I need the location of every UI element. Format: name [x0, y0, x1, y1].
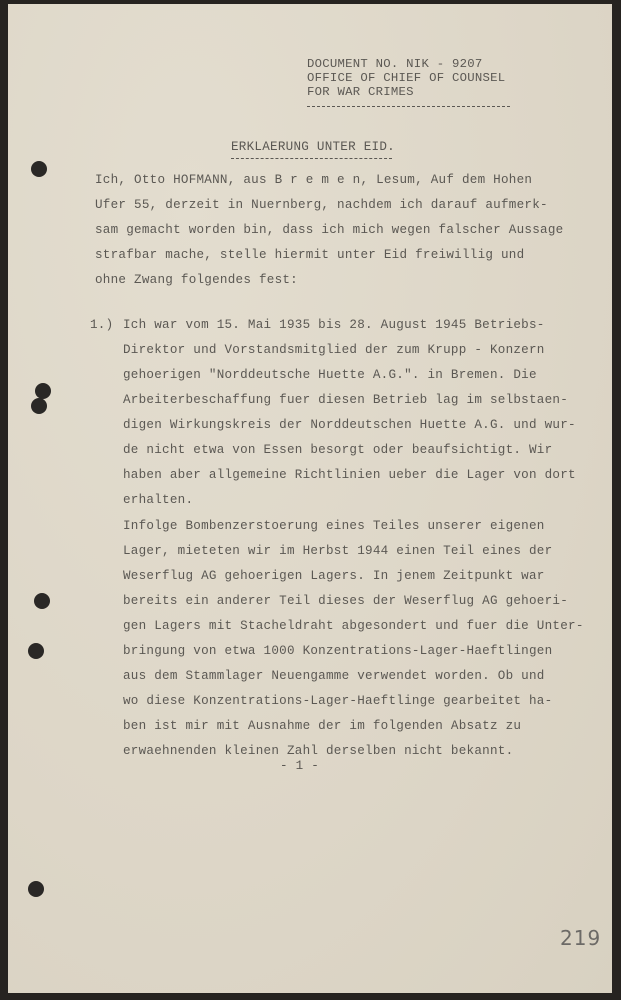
item-line: Arbeiterbeschaffung fuer diesen Betrieb … — [123, 388, 576, 413]
item-line: Infolge Bombenzerstoerung eines Teiles u… — [123, 514, 584, 539]
item-line: gehoerigen "Norddeutsche Huette A.G.". i… — [123, 363, 576, 388]
punch-hole — [31, 161, 47, 177]
header-divider — [307, 106, 510, 107]
item-line: Lager, mieteten wir im Herbst 1944 einen… — [123, 539, 584, 564]
intro-line: Ich, Otto HOFMANN, aus B r e m e n, Lesu… — [95, 168, 563, 193]
item-line: aus dem Stammlager Neuengamme verwendet … — [123, 664, 584, 689]
item-line: Ich war vom 15. Mai 1935 bis 28. August … — [123, 313, 576, 338]
item-line: de nicht etwa von Essen besorgt oder bea… — [123, 438, 576, 463]
item-number: 1.) — [90, 313, 113, 338]
item-line: haben aber allgemeine Richtlinien ueber … — [123, 463, 576, 488]
document-title: ERKLAERUNG UNTER EID. — [231, 135, 395, 160]
page-number: - 1 - — [280, 759, 319, 773]
intro-line: sam gemacht worden bin, dass ich mich we… — [95, 218, 563, 243]
title-underline — [231, 158, 392, 159]
intro-line: strafbar mache, stelle hiermit unter Eid… — [95, 243, 563, 268]
item-line: gen Lagers mit Stacheldraht abgesondert … — [123, 614, 584, 639]
intro-line: Ufer 55, derzeit in Nuernberg, nachdem i… — [95, 193, 563, 218]
item-line: digen Wirkungskreis der Norddeutschen Hu… — [123, 413, 576, 438]
item-line: bereits ein anderer Teil dieses der Wese… — [123, 589, 584, 614]
item-line: erwaehnenden kleinen Zahl derselben nich… — [123, 739, 584, 764]
punch-hole — [31, 398, 47, 414]
punch-hole — [35, 383, 51, 399]
punch-hole — [28, 881, 44, 897]
item-line: bringung von etwa 1000 Konzentrations-La… — [123, 639, 584, 664]
header-line-office: OFFICE OF CHIEF OF COUNSEL — [307, 71, 505, 85]
item-1-paragraph-2: Infolge Bombenzerstoerung eines Teiles u… — [123, 514, 584, 764]
document-header: DOCUMENT NO. NIK - 9207OFFICE OF CHIEF O… — [307, 57, 505, 99]
item-line: Direktor und Vorstandsmitglied der zum K… — [123, 338, 576, 363]
item-1-paragraph: Ich war vom 15. Mai 1935 bis 28. August … — [123, 313, 576, 513]
item-line: Weserflug AG gehoerigen Lagers. In jenem… — [123, 564, 584, 589]
punch-hole — [28, 643, 44, 659]
header-line-war-crimes: FOR WAR CRIMES — [307, 85, 505, 99]
intro-paragraph: Ich, Otto HOFMANN, aus B r e m e n, Lesu… — [95, 168, 563, 293]
intro-line: ohne Zwang folgendes fest: — [95, 268, 563, 293]
punch-hole — [34, 593, 50, 609]
item-line: wo diese Konzentrations-Lager-Haeftlinge… — [123, 689, 584, 714]
item-line: erhalten. — [123, 488, 576, 513]
header-line-doc-number: DOCUMENT NO. NIK - 9207 — [307, 57, 505, 71]
item-line: ben ist mir mit Ausnahme der im folgende… — [123, 714, 584, 739]
handwritten-page-number: 219 — [560, 926, 601, 950]
